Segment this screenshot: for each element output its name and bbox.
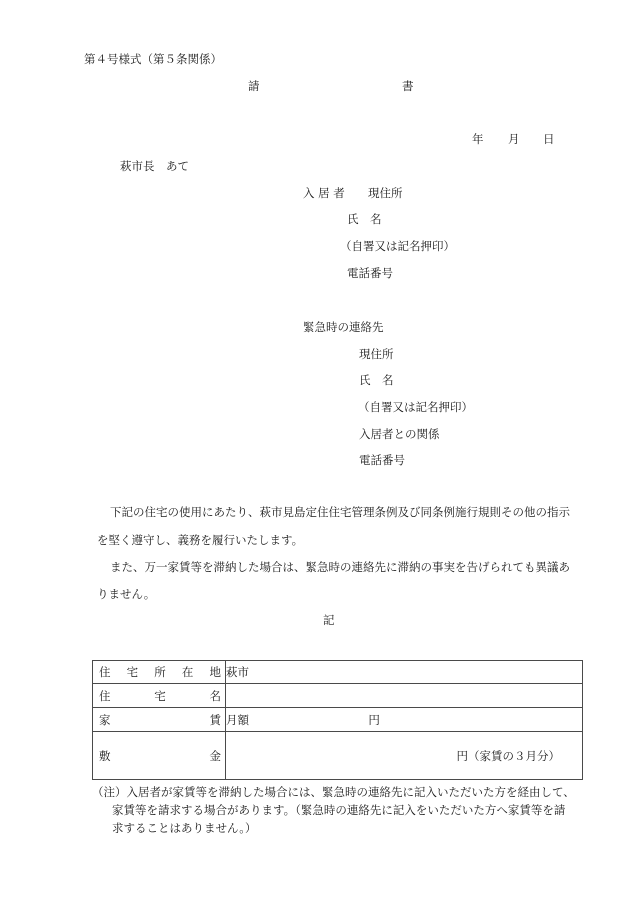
deposit-yen-note: 円（家賃の３月分） <box>457 749 561 763</box>
rent-yen-unit: 円 <box>368 713 380 727</box>
value-deposit[interactable]: 円（家賃の３月分） <box>226 732 583 780</box>
label-char: 金 <box>210 748 222 764</box>
paragraph1-line2: を堅く遵守し、義務を履行いたします。 <box>97 535 303 547</box>
value-housing-name[interactable] <box>226 684 583 708</box>
emergency-phone-label: 電話番号 <box>359 455 405 467</box>
label-deposit: 敷 金 <box>93 732 226 780</box>
emergency-address-label: 現住所 <box>359 349 394 361</box>
label-rent: 家 賃 <box>93 708 226 732</box>
emergency-relation-label: 入居者との関係 <box>359 429 440 441</box>
form-number: 第４号様式（第５条関係） <box>84 54 222 66</box>
rent-monthly-label: 月額 <box>226 713 249 727</box>
paragraph2-line1: また、万一家賃等を滞納した場合は、緊急時の連絡先に滞納の事実を告げられても異議あ <box>110 562 570 574</box>
date-month: 月 <box>508 134 520 146</box>
footnote-line3: 求することはありません。） <box>92 819 592 837</box>
footnote-line1: （注）入居者が家賃等を滞納した場合には、緊急時の連絡先に記入いただいた方を経由し… <box>92 783 592 801</box>
emergency-heading: 緊急時の連絡先 <box>303 322 384 334</box>
label-housing-name: 住 宅 名 <box>93 684 226 708</box>
value-rent[interactable]: 月額 円 <box>226 708 583 732</box>
table-row-housing-location: 住 宅 所 在 地 萩市 <box>93 661 583 684</box>
label-char: 宅 <box>127 664 139 680</box>
housing-info-table: 住 宅 所 在 地 萩市 住 宅 名 家 <box>92 660 583 780</box>
title-char-1: 請 <box>248 81 260 93</box>
resident-name-label: 氏 名 <box>347 214 382 226</box>
emergency-name-label: 氏 名 <box>359 375 394 387</box>
paragraph1-line1: 下記の住宅の使用にあたり、萩市見島定住住宅管理条例及び同条例施行規則その他の指示 <box>110 507 570 519</box>
label-char: 家 <box>99 712 111 728</box>
label-char: 住 <box>99 688 111 704</box>
resident-phone-label: 電話番号 <box>347 268 393 280</box>
table-row-rent: 家 賃 月額 円 <box>93 708 583 732</box>
label-char: 住 <box>99 664 111 680</box>
paragraph2-line2: りません。 <box>97 589 155 601</box>
label-char: 宅 <box>154 688 166 704</box>
table-row-deposit: 敷 金 円（家賃の３月分） <box>93 732 583 780</box>
ki-heading: 記 <box>323 615 335 627</box>
value-housing-location[interactable]: 萩市 <box>226 661 583 684</box>
label-char: 地 <box>210 664 222 680</box>
label-char: 所 <box>154 664 166 680</box>
resident-signature-note: （自署又は記名押印） <box>340 241 455 253</box>
resident-role-label: 入 居 者 <box>303 188 345 200</box>
addressee: 萩市長 あて <box>120 161 189 173</box>
resident-address-label: 現住所 <box>368 188 403 200</box>
date-year: 年 <box>472 134 484 146</box>
housing-location-value: 萩市 <box>226 665 249 679</box>
footnote-line2: 家賃等を請求する場合があります。（緊急時の連絡先に記入をいただいた方へ家賃等を請 <box>92 801 592 819</box>
emergency-signature-note: （自署又は記名押印） <box>358 402 473 414</box>
label-char: 賃 <box>210 712 222 728</box>
table-row-housing-name: 住 宅 名 <box>93 684 583 708</box>
date-day: 日 <box>543 134 555 146</box>
footnote: （注）入居者が家賃等を滞納した場合には、緊急時の連絡先に記入いただいた方を経由し… <box>92 783 592 837</box>
label-char: 名 <box>210 688 222 704</box>
label-housing-location: 住 宅 所 在 地 <box>93 661 226 684</box>
label-char: 敷 <box>99 748 111 764</box>
label-char: 在 <box>182 664 194 680</box>
title-char-2: 書 <box>402 81 414 93</box>
